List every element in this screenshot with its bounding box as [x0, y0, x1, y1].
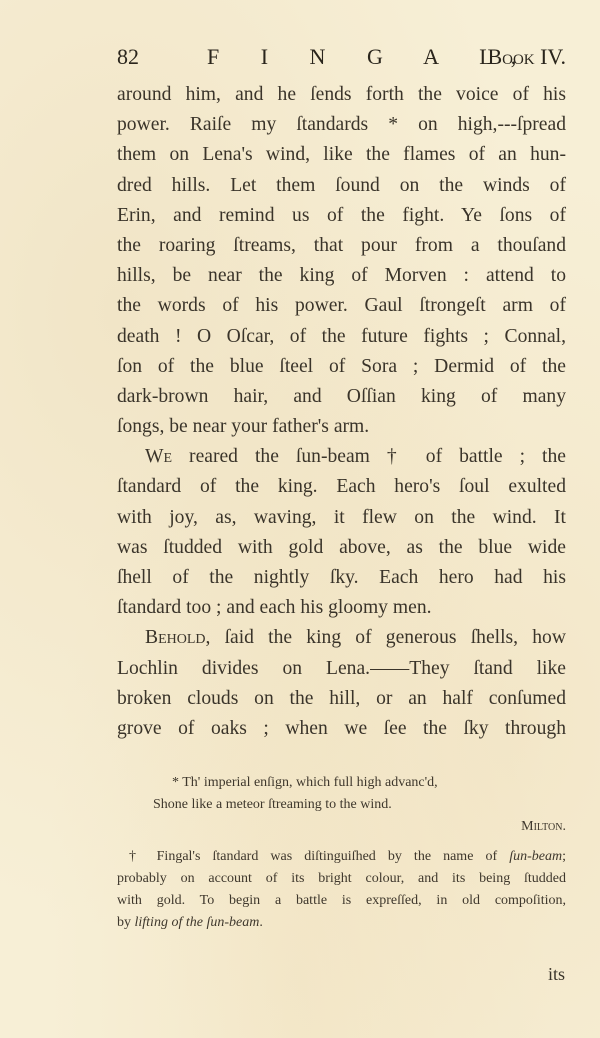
- footnote-attribution: Milton.: [117, 816, 566, 838]
- paragraph-start: We reared the ſun-beam † of battle ; the: [117, 442, 566, 472]
- text-line: was ſtudded with gold above, as the blue…: [117, 533, 566, 563]
- text-line: ſtandard of the king. Each hero's ſoul e…: [117, 472, 566, 502]
- footnote-line: by lifting of the ſun-beam.: [117, 912, 566, 934]
- text-line: Lochlin divides on Lena.——They ſtand lik…: [117, 654, 566, 684]
- text-line: Erin, and remind us of the fight. Ye ſon…: [117, 201, 566, 231]
- footnote-verse-line: Shone like a meteor ſtreaming to the win…: [117, 794, 566, 816]
- small-caps-lead: Behold: [145, 627, 206, 648]
- text-line: them on Lena's wind, like the flames of …: [117, 140, 566, 170]
- text-line: around him, and he ſends forth the voice…: [117, 80, 566, 110]
- footnote-line: with gold. To begin a battle is expreſſe…: [117, 890, 566, 912]
- running-title: F I N G A L,: [207, 44, 534, 70]
- footnote-milton: * Th' imperial enſign, which full high a…: [117, 772, 566, 838]
- text-line: ſtandard too ; and each his gloomy men.: [117, 593, 566, 623]
- text-line: grove of oaks ; when we ſee the ſky thro…: [117, 714, 566, 744]
- book-page: 82 F I N G A L, Book IV. around him, and…: [0, 0, 600, 1038]
- book-label: Book IV.: [487, 44, 566, 70]
- text-line: the roaring ſtreams, that pour from a th…: [117, 231, 566, 261]
- footnote-line: † Fingal's ſtandard was diſtinguiſhed by…: [117, 846, 566, 868]
- text-line: broken clouds on the hill, or an half co…: [117, 684, 566, 714]
- text-line: ſhell of the nightly ſky. Each hero had …: [117, 563, 566, 593]
- footnote-sun-beam: † Fingal's ſtandard was diſtinguiſhed by…: [117, 846, 566, 934]
- footnote-line: probably on account of its bright colour…: [117, 868, 566, 890]
- footnote-verse-line: * Th' imperial enſign, which full high a…: [117, 772, 566, 794]
- text-line: dark-brown hair, and Oſſian king of many: [117, 382, 566, 412]
- running-header: 82 F I N G A L, Book IV.: [117, 44, 566, 74]
- text-line: death ! O Oſcar, of the future fights ; …: [117, 322, 566, 352]
- text-line: ſongs, be near your father's arm.: [117, 412, 566, 442]
- text-line: power. Raiſe my ſtandards * on high,---ſ…: [117, 110, 566, 140]
- text-line: dred hills. Let them ſound on the winds …: [117, 171, 566, 201]
- text-line: with joy, as, waving, it flew on the win…: [117, 503, 566, 533]
- catchword: its: [548, 964, 565, 985]
- main-text: around him, and he ſends forth the voice…: [117, 80, 566, 744]
- paragraph-start: Behold, ſaid the king of generous ſhells…: [117, 623, 566, 653]
- text-line: hills, be near the king of Morven : atte…: [117, 261, 566, 291]
- text-line: the words of his power. Gaul ſtrongeſt a…: [117, 291, 566, 321]
- text-line: ſon of the blue ſteel of Sora ; Dermid o…: [117, 352, 566, 382]
- small-caps-lead: We: [145, 446, 172, 467]
- page-number: 82: [117, 44, 139, 70]
